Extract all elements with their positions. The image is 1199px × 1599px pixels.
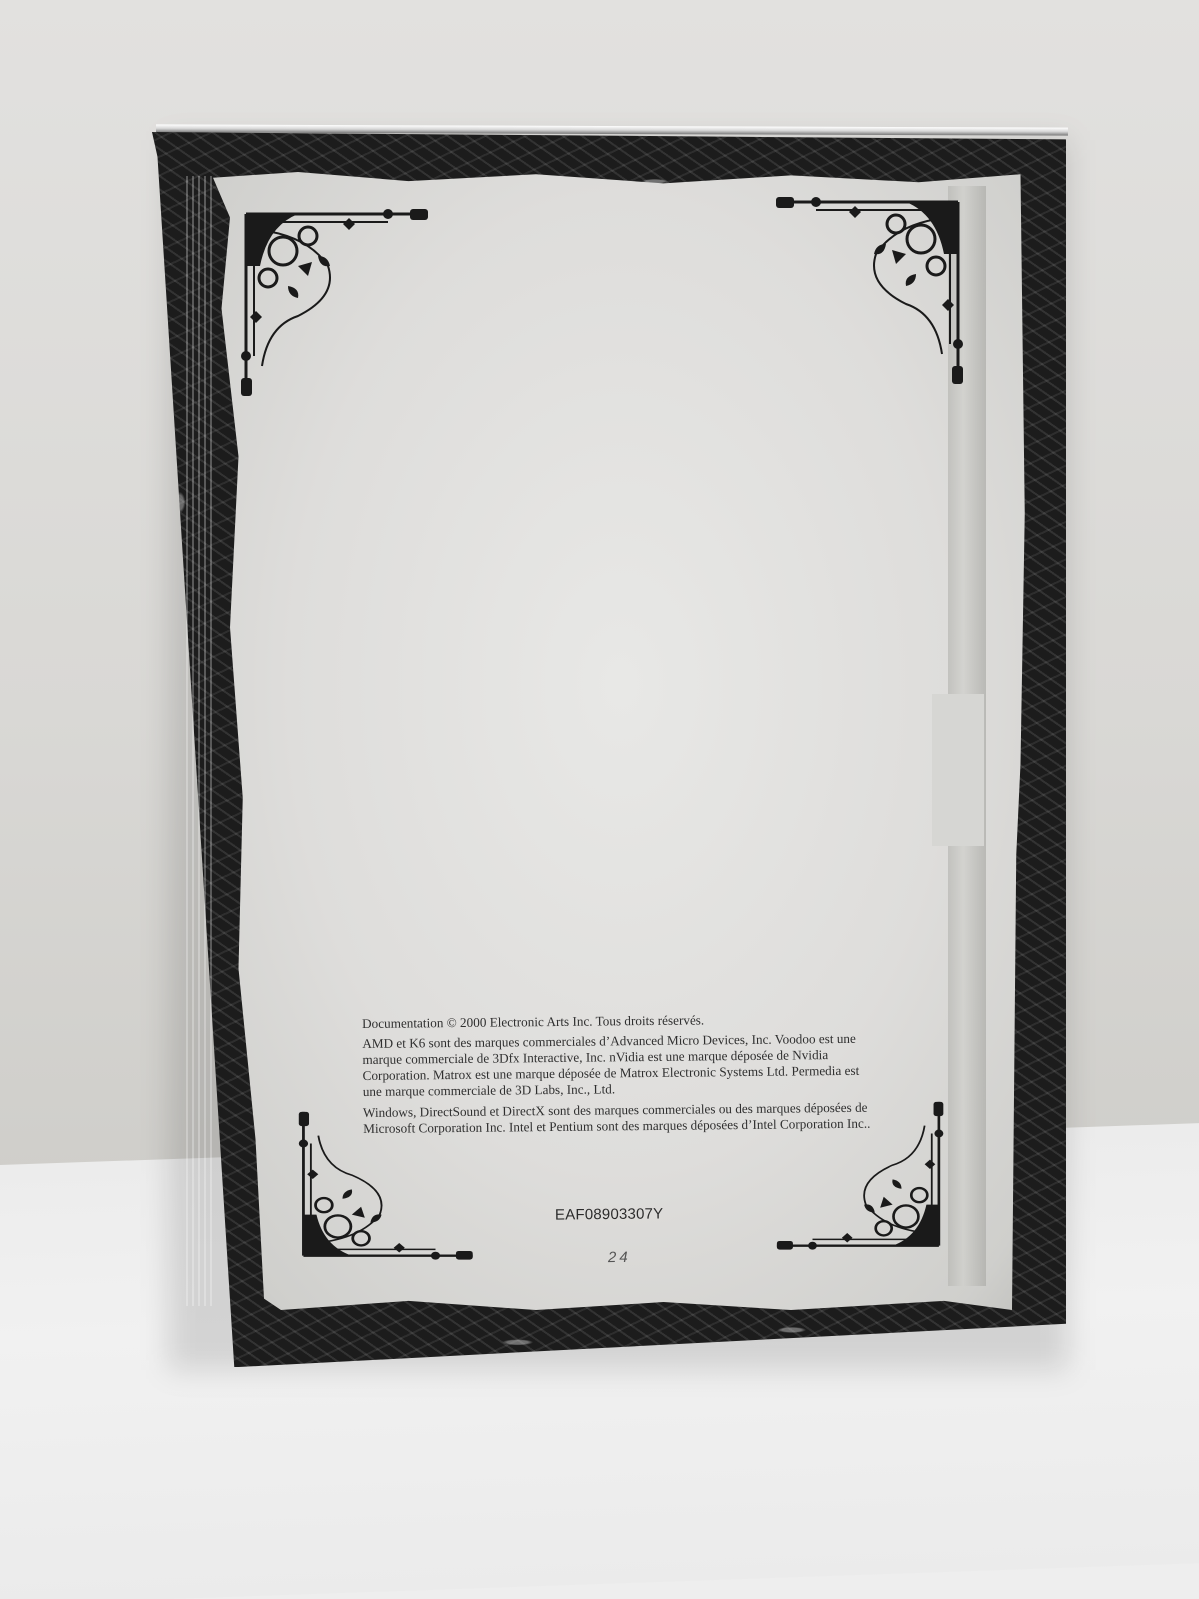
software-trademarks: Windows, DirectSound et DirectX sont des… — [363, 1100, 873, 1137]
legal-notice: Documentation © 2000 Electronic Arts Inc… — [362, 1011, 873, 1142]
product-code: EAF08903307Y — [555, 1205, 664, 1223]
page-edge-layers — [186, 176, 216, 1306]
corner-ornament-top-right-icon — [766, 194, 966, 394]
hardware-trademarks: AMD et K6 sont des marques commerciales … — [362, 1031, 873, 1100]
corner-ornament-top-left-icon — [238, 206, 438, 406]
page-number: 24 — [608, 1249, 631, 1266]
tape-patch — [932, 694, 984, 846]
